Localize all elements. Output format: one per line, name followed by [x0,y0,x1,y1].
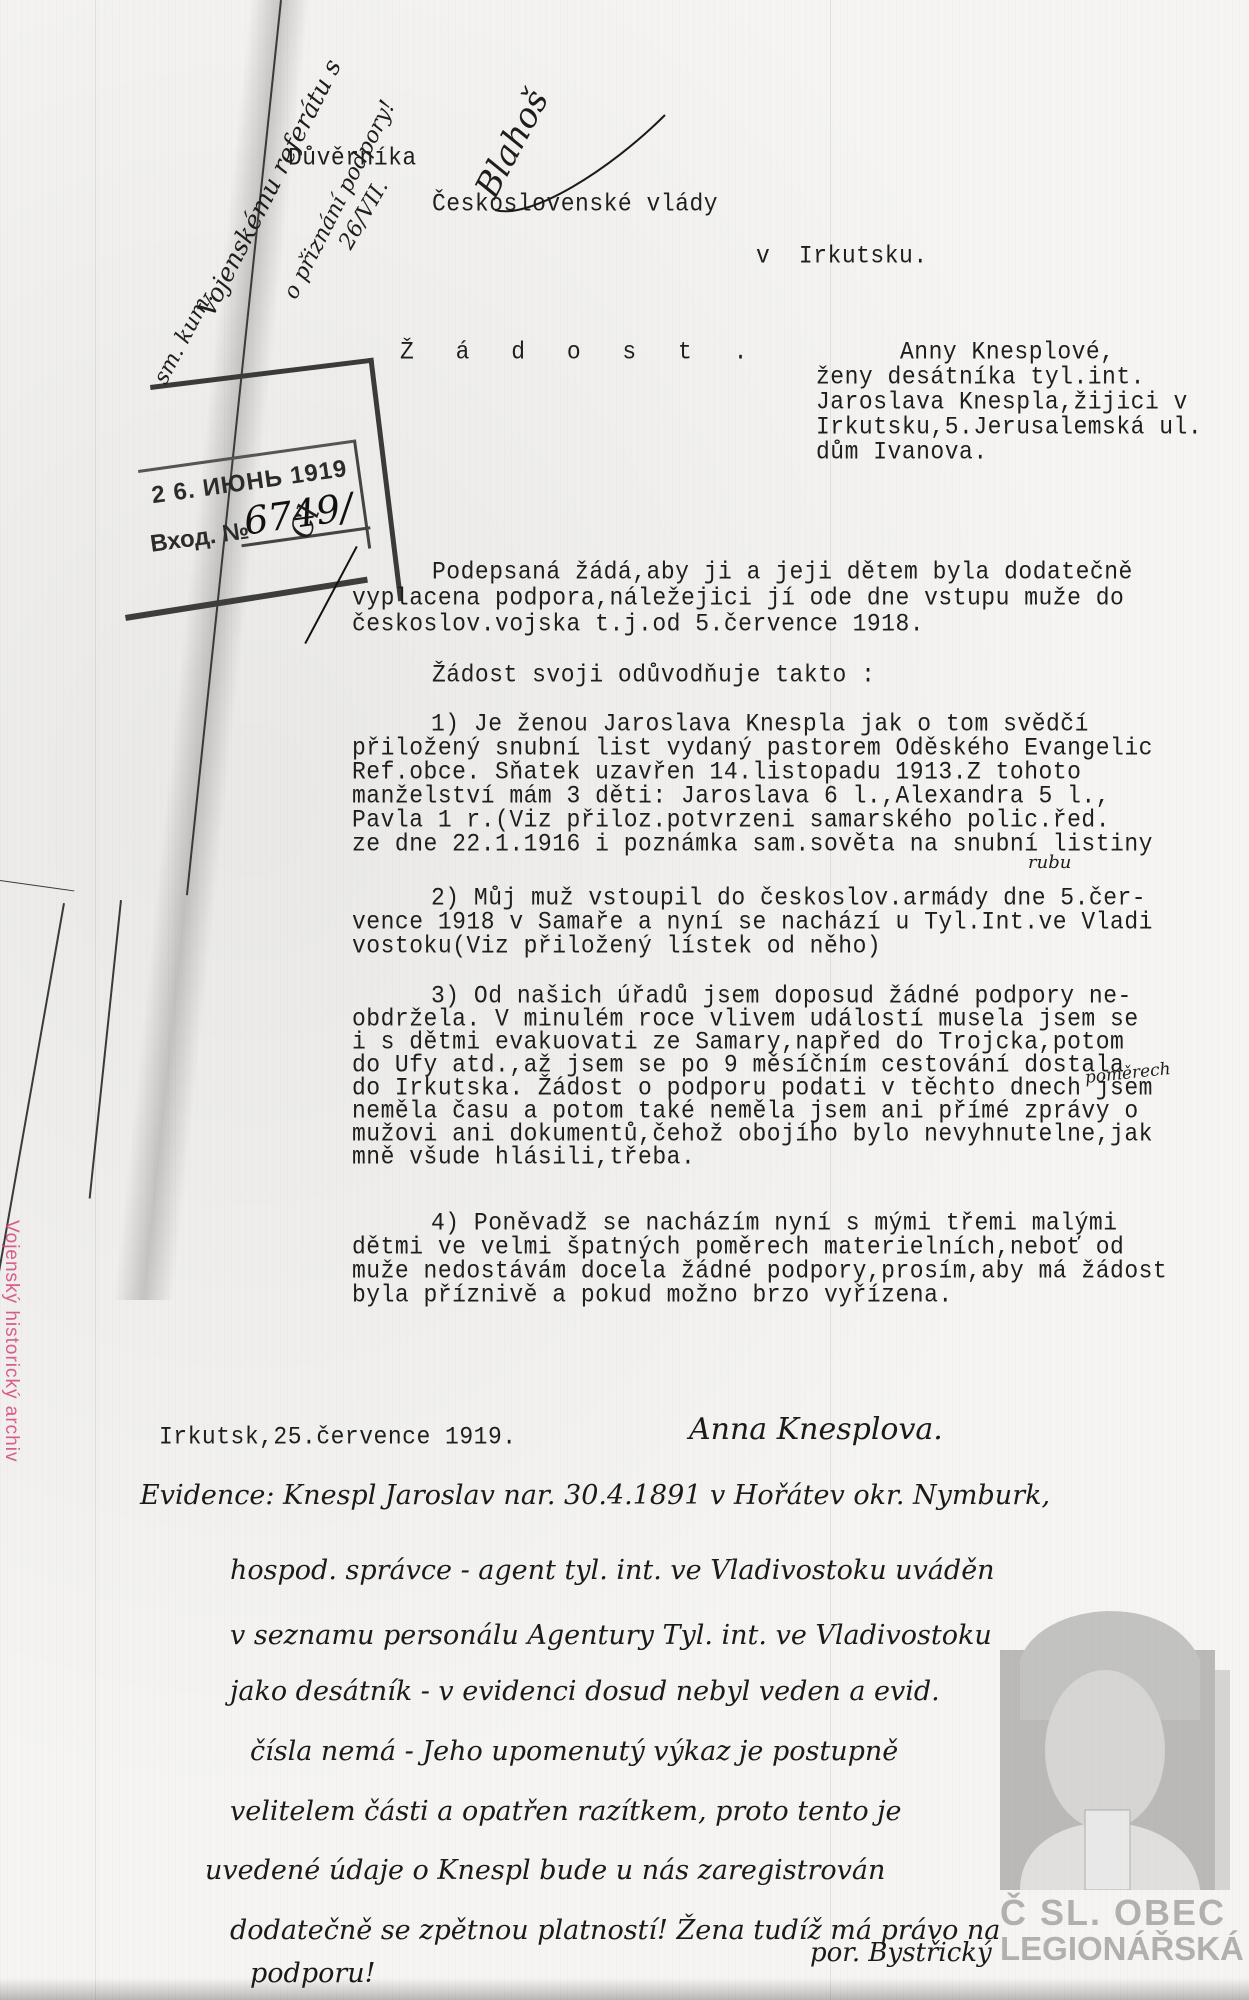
text-line: Irkutsku,5.Jerusalemská ul. [816,415,1202,440]
text-line: českoslov.vojska t.j.od 5.července 1918. [352,612,924,637]
text-line: Anny Knesplové, [900,340,1115,365]
text-line: dům Ivanova. [816,440,988,465]
legion-logo-watermark: Č SL. OBEC LEGIONÁŘSKÁ [1000,1600,1230,1985]
evidence-line: čísla nemá - Jeho upomenutý výkaz je pos… [250,1736,898,1767]
watermark-line-1: Č SL. OBEC [1000,1892,1226,1934]
evidence-line: hospod. správce - agent tyl. int. ve Vla… [230,1555,995,1586]
text-line: Jaroslava Knespla,žijici v [816,390,1188,415]
text-line: ženy desátníka tyl.int. [816,365,1145,390]
evidence-line: v seznamu personálu Agentury Tyl. int. v… [230,1620,992,1651]
correction-rubu: rubu [1028,852,1071,873]
text-line: vostoku(Viz přiložený lístek od něho) [352,934,881,959]
text-line: byla příznivě a pokud možno brzo vyřízen… [352,1283,953,1308]
evidence-line: uvedené údaje o Knespl bude u nás zaregi… [205,1855,885,1886]
evidence-line: velitelem části a opatřen razítkem, prot… [230,1796,902,1827]
evidence-line: Evidence: Knespl Jaroslav nar. 30.4.1891… [140,1480,1050,1511]
paper-bottom-edge [0,1978,1249,2000]
applicant-signature: Anna Knesplova. [689,1412,943,1447]
evidence-signature: por. Bystřický [810,1938,992,1968]
addressee-line-3: v Irkutsku. [756,244,928,269]
text-line: vyplacena podpora,náležejici jí ode dne … [352,586,1124,611]
signature-flourish [490,110,670,220]
watermark-line-2: LEGIONÁŘSKÁ [1000,1930,1244,1968]
justification-heading: Žádost svoji odůvodňuje takto : [432,663,875,688]
place-date: Irkutsk,25.července 1919. [159,1425,517,1450]
archive-stamp: Vojenský historický archiv [0,1220,22,1462]
text-line: mně všude hlásili,třeba. [352,1145,695,1170]
evidence-line: jako desátník - v evidenci dosud nebyl v… [230,1676,940,1707]
document-title: Ž á d o s t . [400,340,761,365]
text-line: Podepsaná žádá,aby ji a jeji dětem byla … [432,560,1133,585]
